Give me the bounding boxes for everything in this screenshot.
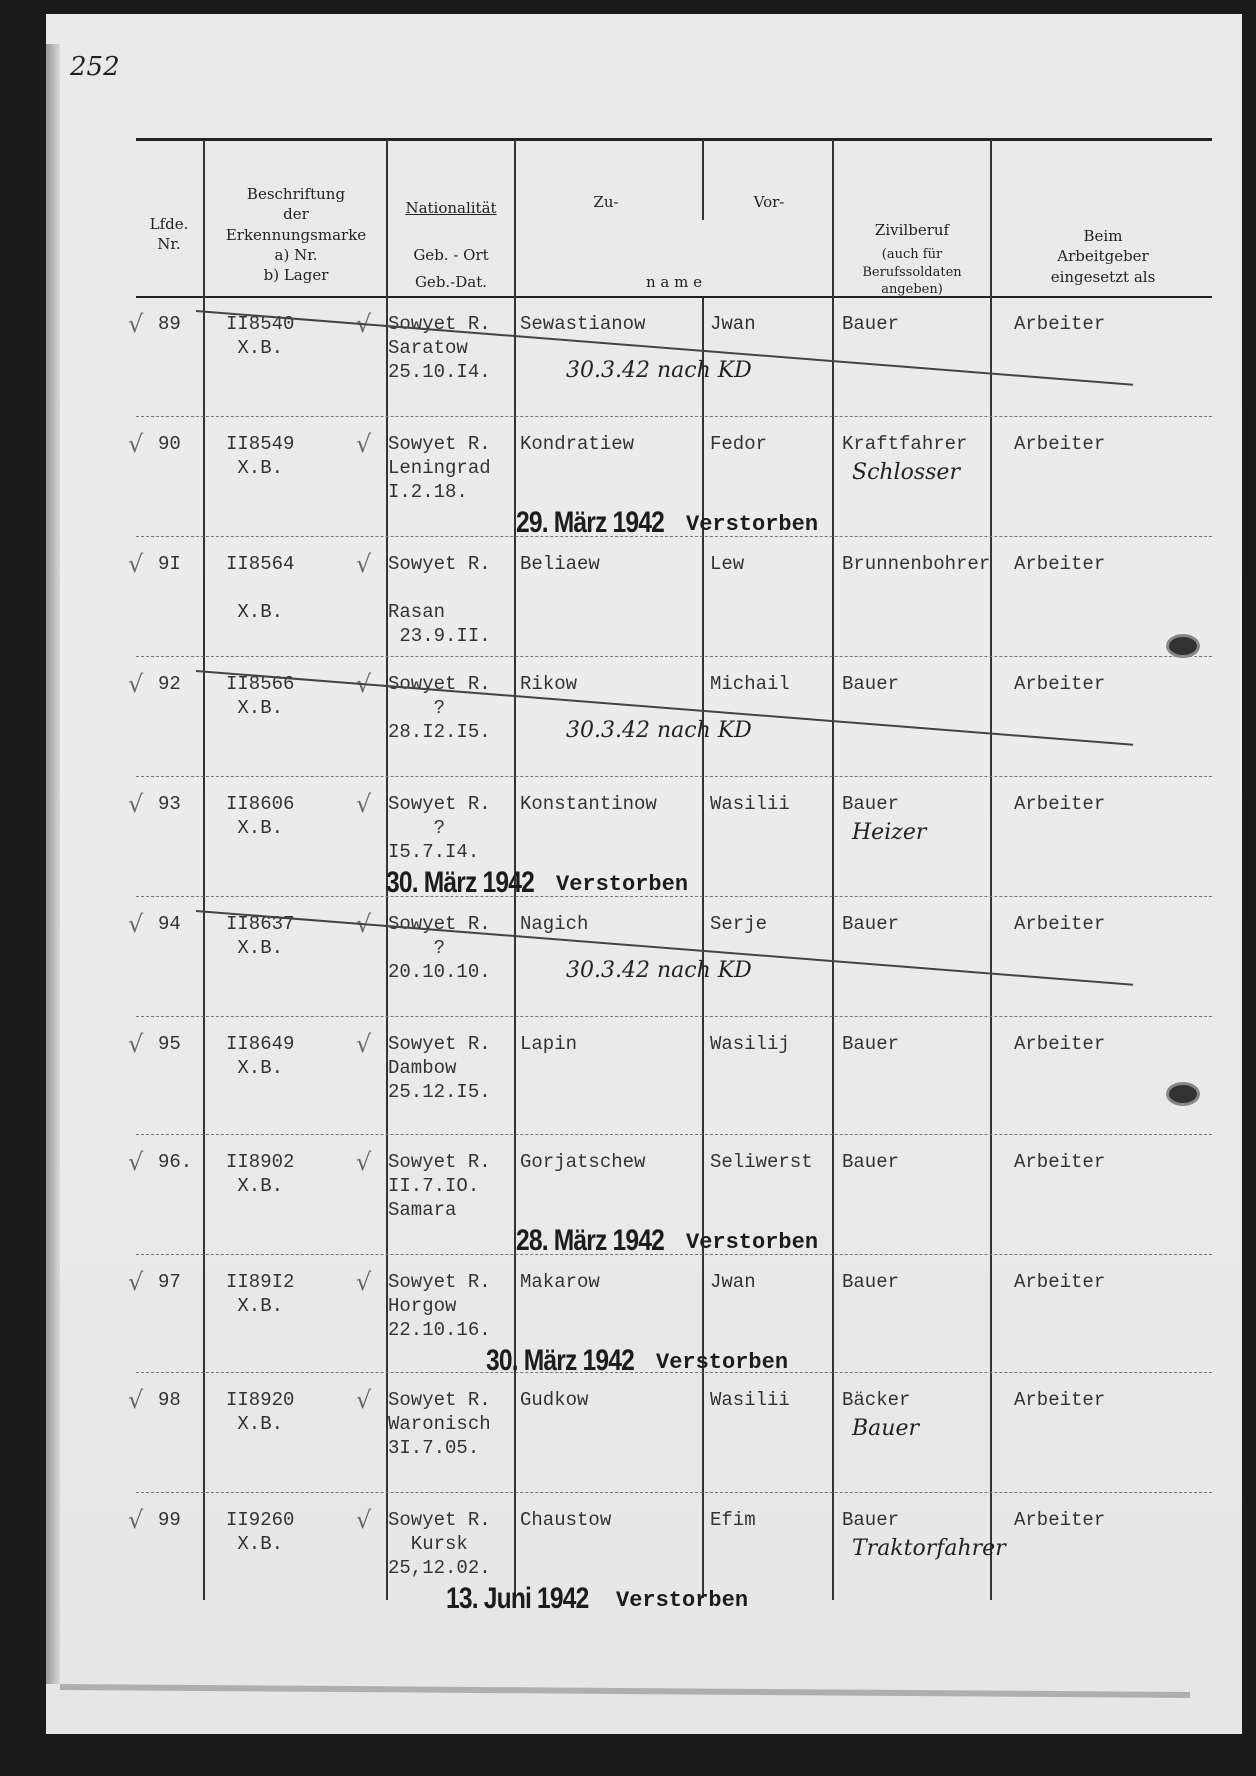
zivilberuf: Bauer <box>842 1508 899 1532</box>
nationalitaet-geburt: Sowyet R. ? 20.10.10. <box>388 912 491 984</box>
header-vorname: Vor- <box>706 192 832 212</box>
eingesetzt-als: Arbeiter <box>1014 1388 1105 1412</box>
page-edge-shadow <box>46 44 60 1684</box>
ink-blot <box>1166 1082 1200 1106</box>
check-mark-icon: √ <box>356 1386 371 1414</box>
zuname: Gorjatschew <box>520 1150 645 1174</box>
zuname: Lapin <box>520 1032 577 1056</box>
verstorben-stamp: Verstorben <box>556 872 688 897</box>
erkennungsmarke: II8549 X.B. <box>226 432 294 480</box>
zuname: Rikow <box>520 672 577 696</box>
eingesetzt-als: Arbeiter <box>1014 552 1105 576</box>
zivilberuf: Bauer <box>842 672 899 696</box>
nationalitaet-geburt: Sowyet R. Waronisch 3I.7.05. <box>388 1388 491 1460</box>
vorname: Jwan <box>710 1270 756 1294</box>
header-zuname: Zu- <box>516 192 696 212</box>
nationalitaet-geburt: Sowyet R. Kursk 25,12.02. <box>388 1508 491 1580</box>
eingesetzt-als: Arbeiter <box>1014 1150 1105 1174</box>
row-number: 96. <box>158 1150 192 1174</box>
zivilberuf: Brunnenbohrer <box>842 552 990 576</box>
nationalitaet-geburt: Sowyet R. Rasan 23.9.II. <box>388 552 491 648</box>
vorname: Fedor <box>710 432 767 456</box>
check-mark-icon: √ <box>128 1030 143 1058</box>
check-mark-icon: √ <box>356 1030 371 1058</box>
nationalitaet-geburt: Sowyet R. Dambow 25.12.I5. <box>388 1032 491 1104</box>
vorname: Lew <box>710 552 744 576</box>
zuname: Sewastianow <box>520 312 645 336</box>
erkennungsmarke: II8649 X.B. <box>226 1032 294 1080</box>
zuname: Chaustow <box>520 1508 611 1532</box>
row-number: 95 <box>158 1032 181 1056</box>
vorname: Jwan <box>710 312 756 336</box>
header-lfde-nr: Lfde. Nr. <box>136 214 202 255</box>
header-nationalitaet: Nationalität <box>390 198 512 218</box>
check-mark-icon: √ <box>356 790 371 818</box>
zivilberuf: Bäcker <box>842 1388 910 1412</box>
death-date-stamp: 30. März 1942 <box>386 866 534 900</box>
check-mark-icon: √ <box>128 1268 143 1296</box>
vorname: Michail <box>710 672 790 696</box>
vorname: Wasilii <box>710 792 790 816</box>
row-number: 90 <box>158 432 181 456</box>
check-mark-icon: √ <box>128 550 143 578</box>
zivilberuf: Bauer <box>842 1032 899 1056</box>
erkennungsmarke: II8637 X.B. <box>226 912 294 960</box>
erkennungsmarke: II89I2 X.B. <box>226 1270 294 1318</box>
zuname: Kondratiew <box>520 432 634 456</box>
row-divider <box>136 1016 1212 1018</box>
col-divider <box>990 140 992 1600</box>
death-date-stamp: 28. März 1942 <box>516 1224 664 1258</box>
death-date-stamp: 29. März 1942 <box>516 506 664 540</box>
row-divider <box>136 1134 1212 1136</box>
check-mark-icon: √ <box>128 1148 143 1176</box>
check-mark-icon: √ <box>356 430 371 458</box>
verstorben-stamp: Verstorben <box>616 1588 748 1613</box>
zivilberuf: Bauer <box>842 1270 899 1294</box>
row-divider <box>136 536 1212 538</box>
vorname: Serje <box>710 912 767 936</box>
table-top-rule <box>136 138 1212 141</box>
check-mark-icon: √ <box>128 310 143 338</box>
nationalitaet-geburt: Sowyet R. ? I5.7.I4. <box>388 792 491 864</box>
row-number: 89 <box>158 312 181 336</box>
vorname: Wasilii <box>710 1388 790 1412</box>
erkennungsmarke: II9260 X.B. <box>226 1508 294 1556</box>
header-erkennungsmarke: Beschriftung der Erkennungsmarke a) Nr. … <box>206 184 386 285</box>
ink-blot <box>1166 634 1200 658</box>
row-number: 93 <box>158 792 181 816</box>
verstorben-stamp: Verstorben <box>686 512 818 537</box>
row-divider <box>136 776 1212 778</box>
header-bottom-rule <box>136 296 1212 298</box>
nationalitaet-geburt: Sowyet R. Saratow 25.10.I4. <box>388 312 491 384</box>
col-divider <box>702 140 704 220</box>
check-mark-icon: √ <box>128 1506 143 1534</box>
row-number: 94 <box>158 912 181 936</box>
erkennungsmarke: II8606 X.B. <box>226 792 294 840</box>
header-zivilberuf: Zivilberuf <box>836 220 988 240</box>
eingesetzt-als: Arbeiter <box>1014 672 1105 696</box>
death-date-stamp: 13. Juni 1942 <box>446 1582 589 1616</box>
col-divider <box>203 140 205 1600</box>
row-divider <box>136 1372 1212 1374</box>
check-mark-icon: √ <box>128 670 143 698</box>
handwritten-note: 30.3.42 nach KD <box>566 358 752 383</box>
eingesetzt-als: Arbeiter <box>1014 912 1105 936</box>
header-geb-ort-dat: Geb. - Ort Geb.-Dat. <box>390 242 512 296</box>
nationalitaet-geburt: Sowyet R. ? 28.I2.I5. <box>388 672 491 744</box>
zivilberuf: Bauer <box>842 312 899 336</box>
check-mark-icon: √ <box>356 1148 371 1176</box>
check-mark-icon: √ <box>356 550 371 578</box>
check-mark-icon: √ <box>128 790 143 818</box>
nationalitaet-geburt: Sowyet R. Leningrad I.2.18. <box>388 432 491 504</box>
eingesetzt-als: Arbeiter <box>1014 312 1105 336</box>
zuname: Beliaew <box>520 552 600 576</box>
row-number: 92 <box>158 672 181 696</box>
eingesetzt-als: Arbeiter <box>1014 432 1105 456</box>
header-name-label: n a m e <box>516 272 832 292</box>
zivilberuf: Bauer <box>842 912 899 936</box>
handwritten-note: 30.3.42 nach KD <box>566 718 752 743</box>
nationalitaet-geburt: Sowyet R. II.7.IO. Samara <box>388 1150 491 1222</box>
header-zivilberuf-note: (auch für Berufssoldaten angeben) <box>836 246 988 299</box>
document-page: 252 Lfde. Nr. Beschriftung der Erkennung… <box>46 14 1242 1734</box>
row-number: 99 <box>158 1508 181 1532</box>
eingesetzt-als: Arbeiter <box>1014 1032 1105 1056</box>
row-number: 98 <box>158 1388 181 1412</box>
row-number: 9I <box>158 552 181 576</box>
zivilberuf-handwritten: Traktorfahrer <box>852 1536 1006 1561</box>
erkennungsmarke: II8920 X.B. <box>226 1388 294 1436</box>
page-number: 252 <box>70 52 120 82</box>
zuname: Konstantinow <box>520 792 657 816</box>
row-divider <box>136 896 1212 898</box>
row-divider <box>136 1254 1212 1256</box>
zivilberuf: Bauer <box>842 792 899 816</box>
erkennungsmarke: II8540 X.B. <box>226 312 294 360</box>
vorname: Wasilij <box>710 1032 790 1056</box>
erkennungsmarke: II8564 X.B. <box>226 552 294 624</box>
zivilberuf-handwritten: Heizer <box>852 820 926 845</box>
zuname: Nagich <box>520 912 588 936</box>
zivilberuf-handwritten: Bauer <box>852 1416 919 1441</box>
nationalitaet-geburt: Sowyet R. Horgow 22.10.16. <box>388 1270 491 1342</box>
check-mark-icon: √ <box>128 430 143 458</box>
col-divider <box>702 298 704 1598</box>
zuname: Makarow <box>520 1270 600 1294</box>
verstorben-stamp: Verstorben <box>686 1230 818 1255</box>
row-divider <box>136 416 1212 418</box>
eingesetzt-als: Arbeiter <box>1014 1508 1105 1532</box>
vorname: Seliwerst <box>710 1150 813 1174</box>
eingesetzt-als: Arbeiter <box>1014 1270 1105 1294</box>
row-divider <box>136 656 1212 658</box>
col-divider <box>832 140 834 1600</box>
header-eingesetzt-als: Beim Arbeitgeber eingesetzt als <box>994 226 1212 287</box>
vorname: Efim <box>710 1508 756 1532</box>
check-mark-icon: √ <box>128 910 143 938</box>
erkennungsmarke: II8566 X.B. <box>226 672 294 720</box>
zivilberuf: Bauer <box>842 1150 899 1174</box>
handwritten-note: 30.3.42 nach KD <box>566 958 752 983</box>
check-mark-icon: √ <box>356 1268 371 1296</box>
zivilberuf-handwritten: Schlosser <box>852 460 960 485</box>
check-mark-icon: √ <box>128 1386 143 1414</box>
zuname: Gudkow <box>520 1388 588 1412</box>
eingesetzt-als: Arbeiter <box>1014 792 1105 816</box>
zivilberuf: Kraftfahrer <box>842 432 967 456</box>
row-divider <box>136 1492 1212 1494</box>
check-mark-icon: √ <box>356 1506 371 1534</box>
row-number: 97 <box>158 1270 181 1294</box>
erkennungsmarke: II8902 X.B. <box>226 1150 294 1198</box>
